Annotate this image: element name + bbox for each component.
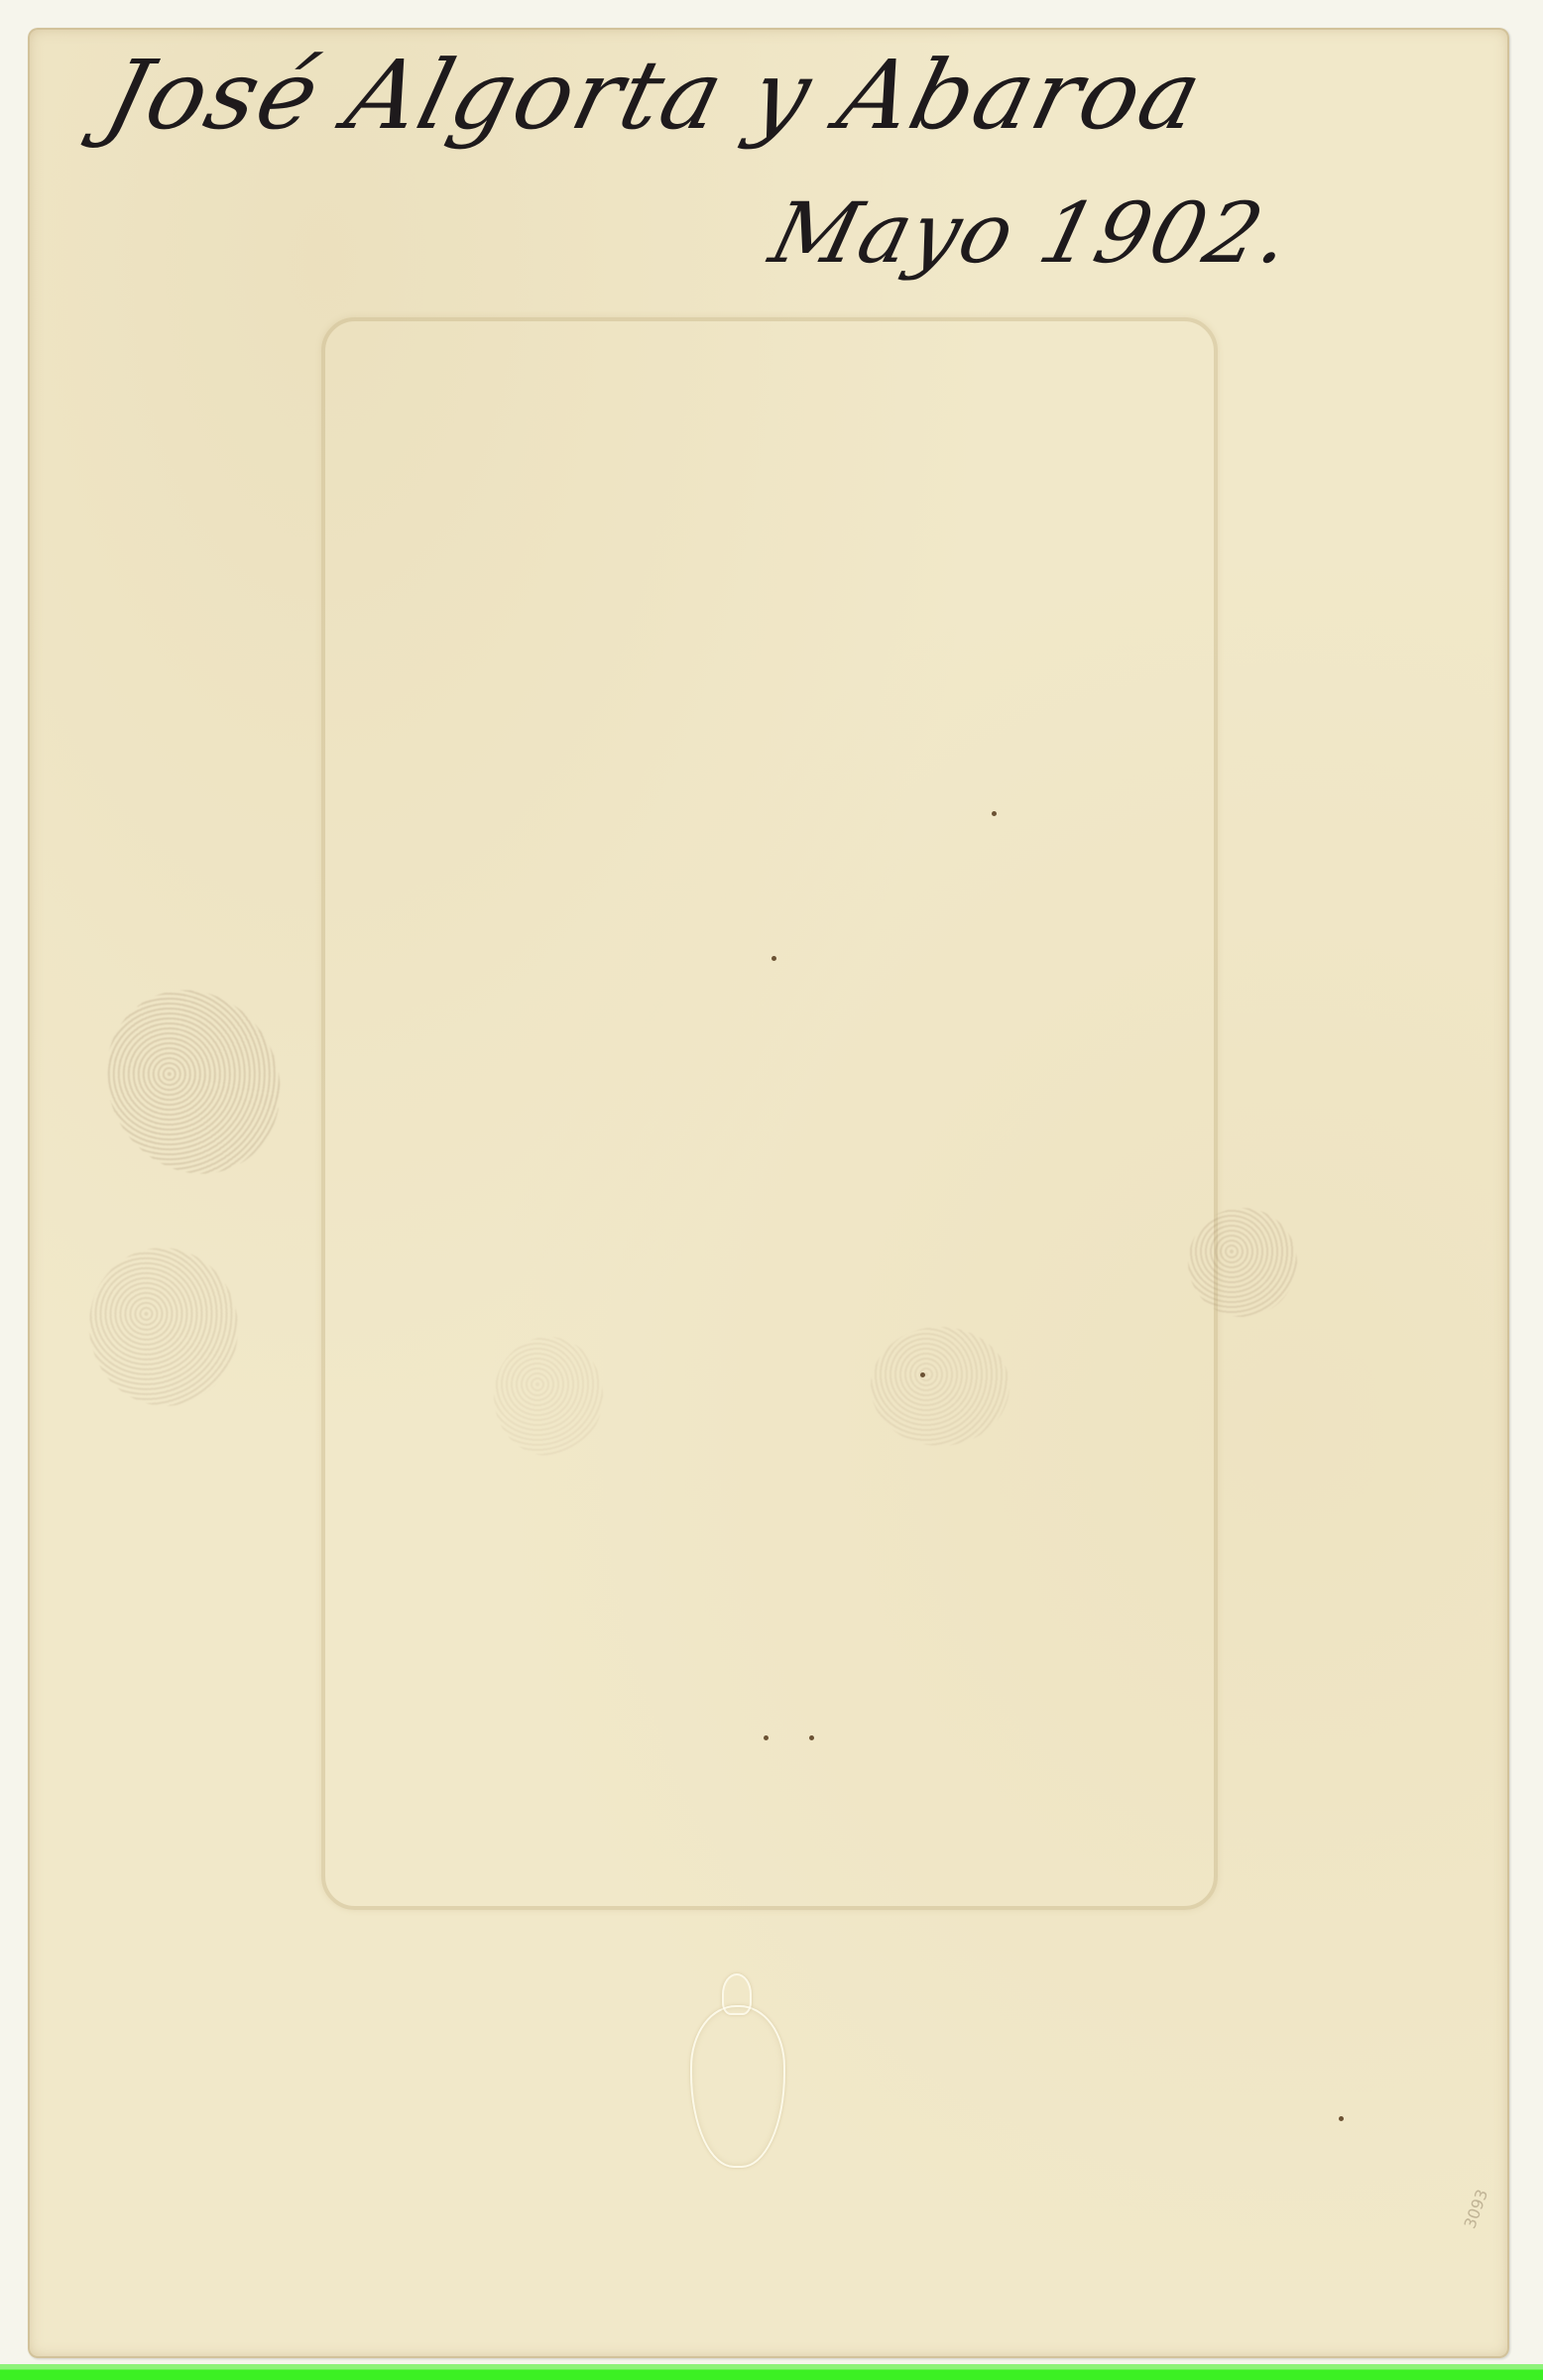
- foxing-speck: [771, 956, 776, 961]
- embossed-photo-frame: [321, 317, 1218, 1910]
- foxing-speck: [764, 1735, 769, 1740]
- photo-card-back: [28, 28, 1509, 2358]
- foxing-speck: [809, 1735, 814, 1740]
- bottom-color-bar: [0, 2364, 1543, 2380]
- fingerprint-smudge: [76, 1236, 251, 1418]
- foxing-speck: [992, 811, 997, 816]
- inscription-name: José Algorta y Abaroa: [95, 40, 1214, 151]
- inscription-date: Mayo 1902.: [762, 184, 1303, 282]
- foxing-speck: [1339, 2116, 1344, 2121]
- fingerprint-smudge: [1188, 1208, 1297, 1317]
- foxing-speck: [920, 1372, 925, 1377]
- embossed-studio-seal: [690, 2005, 785, 2168]
- fingerprint-smudge: [73, 958, 313, 1206]
- fingerprint-smudge: [871, 1327, 1009, 1446]
- fingerprint-smudge: [494, 1337, 603, 1456]
